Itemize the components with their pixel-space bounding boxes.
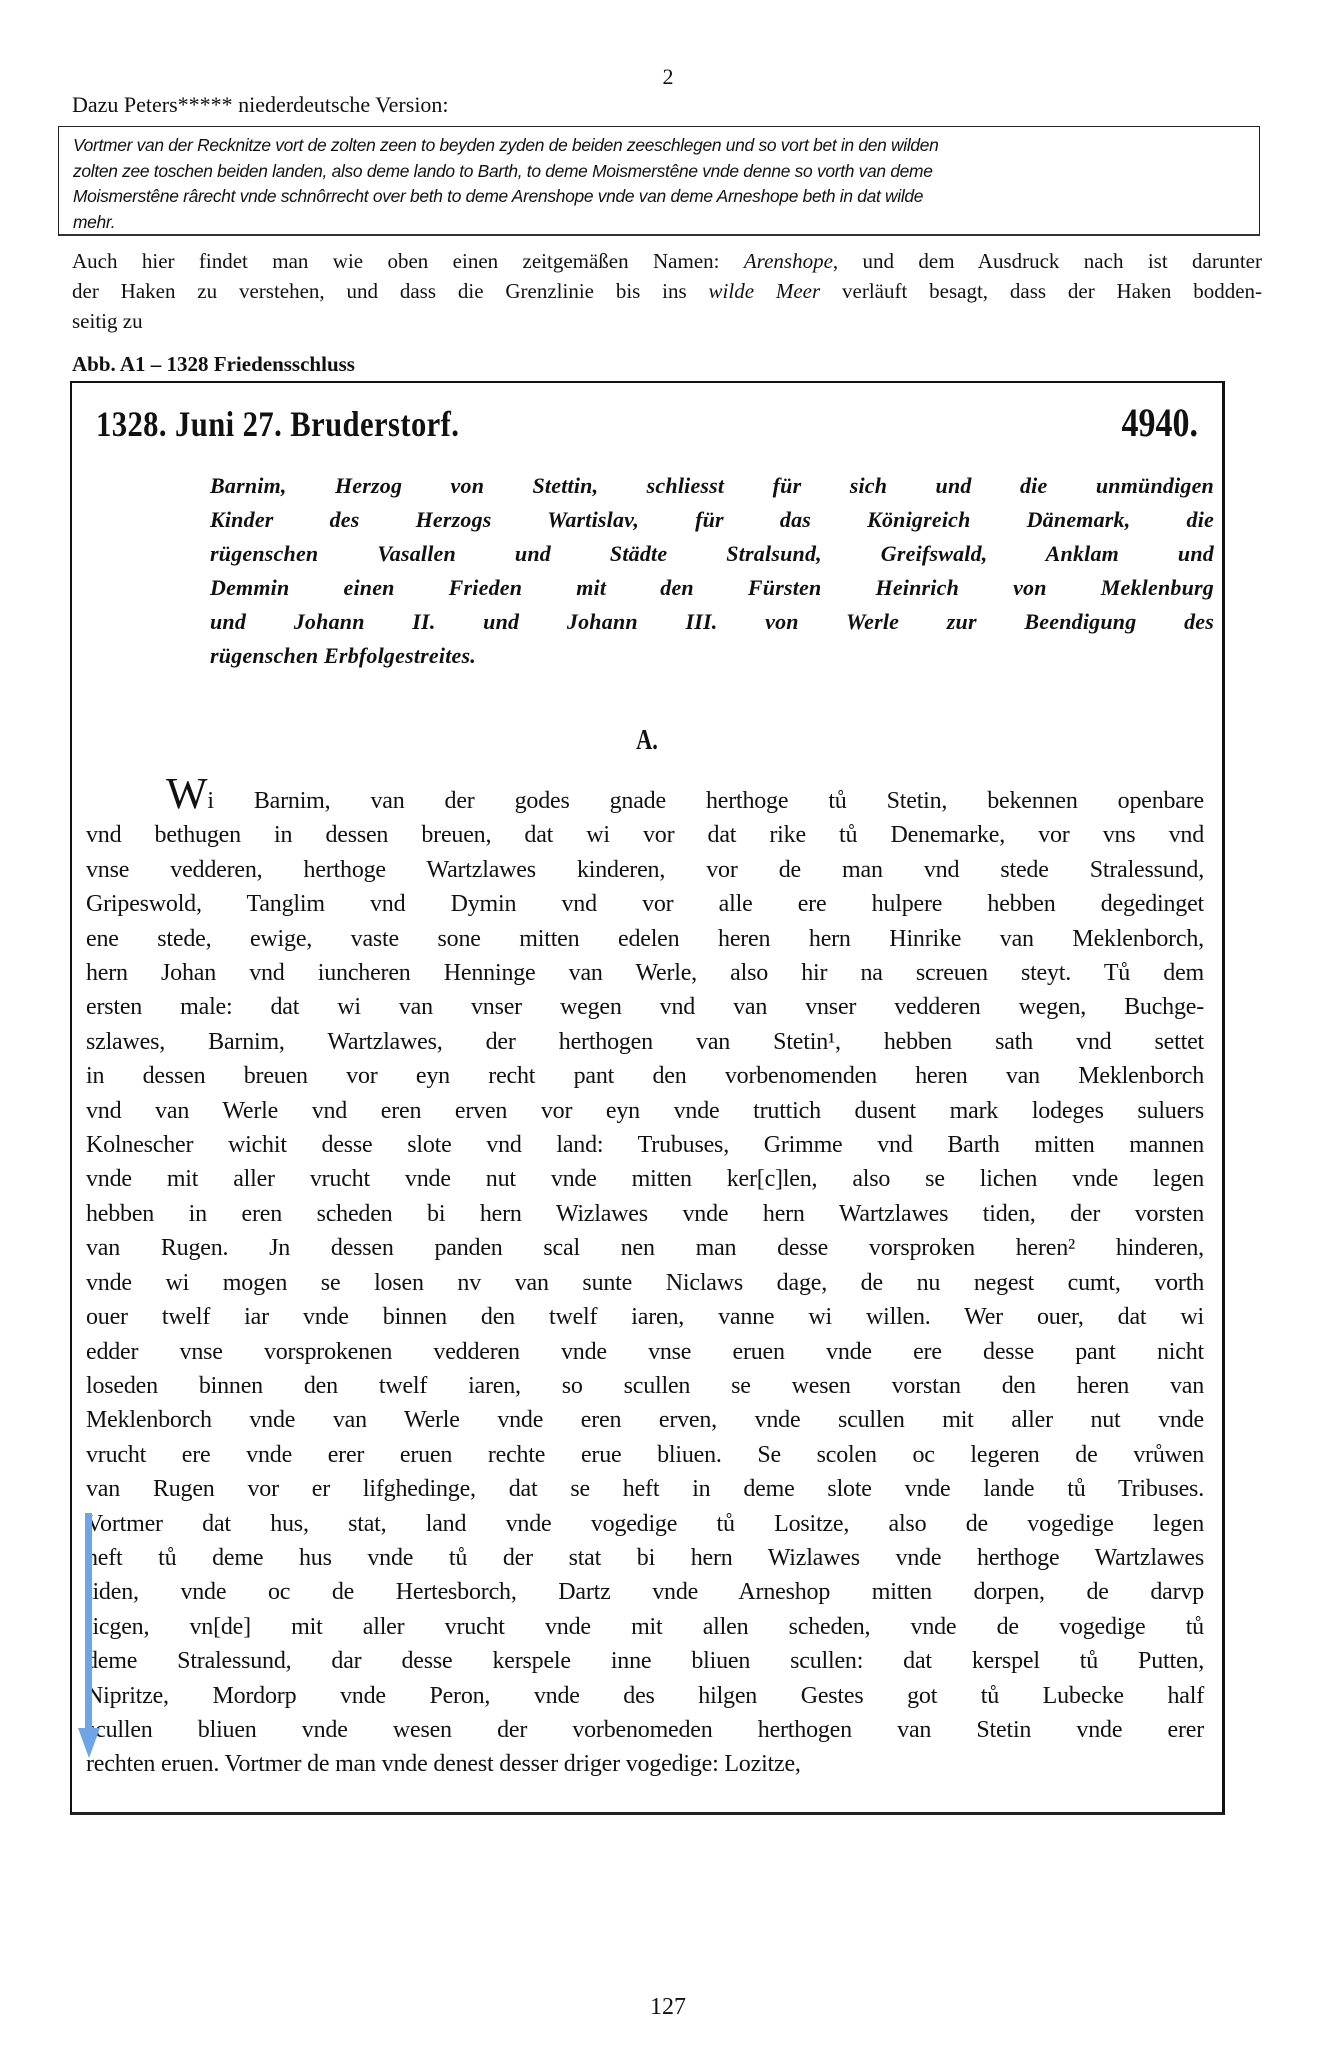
charter-line: van Rugen vor er lifghedinge, dat se hef… <box>86 1472 1204 1506</box>
regest-summary: Barnim, Herzog von Stettin, schliesst fü… <box>210 469 1214 673</box>
charter-line: loseden binnen den twelf iaren, so scull… <box>86 1369 1204 1403</box>
emphasis-wilde-meer: wilde Meer <box>709 279 821 303</box>
quote-box: Vortmer van der Recknitze vort de zolten… <box>58 126 1260 236</box>
charter-line: Kolnescher wichit desse slote vnd land: … <box>86 1128 1204 1162</box>
paragraph-line: Auch hier findet man wie oben einen zeit… <box>72 246 1262 276</box>
charter-line: Wi Barnim, van der godes gnade herthoge … <box>86 779 1204 818</box>
regest-line: rügenschen Erbfolgestreites. <box>210 639 1214 673</box>
regest-line: Kinder des Herzogs Wartislav, für das Kö… <box>210 503 1214 537</box>
charter-text: Wi Barnim, van der godes gnade herthoge … <box>86 779 1204 1782</box>
body-paragraph: Auch hier findet man wie oben einen zeit… <box>72 246 1262 336</box>
document-number: 4940. <box>1122 399 1199 446</box>
scanned-document-figure: 1328. Juni 27. Bruderstorf. 4940. Barnim… <box>70 381 1225 1815</box>
charter-line: scullen bliuen vnde wesen der vorbenomed… <box>86 1713 1204 1747</box>
charter-line: hern Johan vnd iuncheren Henninge van We… <box>86 956 1204 990</box>
charter-line: licgen, vn[de] mit aller vrucht vnde mit… <box>86 1610 1204 1644</box>
charter-line: deme Stralessund, dar desse kerspele inn… <box>86 1644 1204 1678</box>
charter-line: hebben in eren scheden bi hern Wizlawes … <box>86 1197 1204 1231</box>
quote-line: mehr. <box>73 210 1247 236</box>
charter-line: vnd van Werle vnd eren erven vor eyn vnd… <box>86 1094 1204 1128</box>
charter-line: szlawes, Barnim, Wartzlawes, der herthog… <box>86 1025 1204 1059</box>
charter-line: vnse vedderen, herthoge Wartzlawes kinde… <box>86 853 1204 887</box>
charter-line: in dessen breuen vor eyn recht pant den … <box>86 1059 1204 1093</box>
quote-line: zolten zee toschen beiden landen, also d… <box>73 159 1247 185</box>
section-label: A. <box>187 725 1107 757</box>
regest-line: Demmin einen Frieden mit den Fürsten Hei… <box>210 571 1214 605</box>
charter-line: tiden, vnde oc de Hertesborch, Dartz vnd… <box>86 1575 1204 1609</box>
charter-line: ersten male: dat wi van vnser wegen vnd … <box>86 990 1204 1024</box>
page-number-bottom: 127 <box>0 1994 1336 2021</box>
charter-line: Vortmer dat hus, stat, land vnde vogedig… <box>86 1507 1204 1541</box>
charter-line: van Rugen. Jn dessen panden scal nen man… <box>86 1231 1204 1265</box>
drop-cap: W <box>166 769 207 818</box>
regest-line: und Johann II. und Johann III. von Werle… <box>210 605 1214 639</box>
charter-line: heft tů deme hus vnde tů der stat bi her… <box>86 1541 1204 1575</box>
date-place-heading: 1328. Juni 27. Bruderstorf. <box>96 403 459 445</box>
intro-text: Dazu Peters***** niederdeutsche Version: <box>72 92 449 118</box>
text-run: , und dem Ausdruck nach ist darunter <box>833 249 1262 273</box>
page-number-top: 2 <box>0 64 1336 90</box>
charter-line: ene stede, ewige, vaste sone mitten edel… <box>86 922 1204 956</box>
charter-line: Nipritze, Mordorp vnde Peron, vnde des h… <box>86 1679 1204 1713</box>
charter-line: rechten eruen. Vortmer de man vnde denes… <box>86 1747 1204 1781</box>
charter-line: edder vnse vorsprokenen vedderen vnde vn… <box>86 1335 1204 1369</box>
highlight-arrow-shaft <box>85 1513 92 1731</box>
paragraph-line: der Haken zu verstehen, und dass die Gre… <box>72 276 1262 306</box>
text-run: verläuft besagt, dass der Haken bodden- <box>820 279 1262 303</box>
charter-line: ouer twelf iar vnde binnen den twelf iar… <box>86 1300 1204 1334</box>
text-run: Auch hier findet man wie oben einen zeit… <box>72 249 744 273</box>
charter-line: vnde mit aller vrucht vnde nut vnde mitt… <box>86 1162 1204 1196</box>
text-run: i Barnim, van der godes gnade herthoge t… <box>207 788 1204 814</box>
down-arrow-icon <box>78 1728 100 1758</box>
charter-line: vnd bethugen in dessen breuen, dat wi vo… <box>86 818 1204 852</box>
charter-line: vrucht ere vnde erer eruen rechte erue b… <box>86 1438 1204 1472</box>
charter-line: vnde wi mogen se losen nv van sunte Nicl… <box>86 1266 1204 1300</box>
quote-line: Vortmer van der Recknitze vort de zolten… <box>73 133 1247 159</box>
document-header: 1328. Juni 27. Bruderstorf. 4940. <box>96 403 1198 453</box>
text-run: der Haken zu verstehen, und dass die Gre… <box>72 279 709 303</box>
figure-caption: Abb. A1 – 1328 Friedensschluss <box>72 352 355 377</box>
charter-line: Meklenborch vnde van Werle vnde eren erv… <box>86 1403 1204 1437</box>
paragraph-line: seitig zu <box>72 306 1262 336</box>
regest-line: rügenschen Vasallen und Städte Stralsund… <box>210 537 1214 571</box>
regest-line: Barnim, Herzog von Stettin, schliesst fü… <box>210 469 1214 503</box>
charter-line: Gripeswold, Tanglim vnd Dymin vnd vor al… <box>86 887 1204 921</box>
emphasis-arenshope: Arenshope <box>744 249 833 273</box>
quote-line: Moismerstêne rârecht vnde schnôrrecht ov… <box>73 184 1247 210</box>
